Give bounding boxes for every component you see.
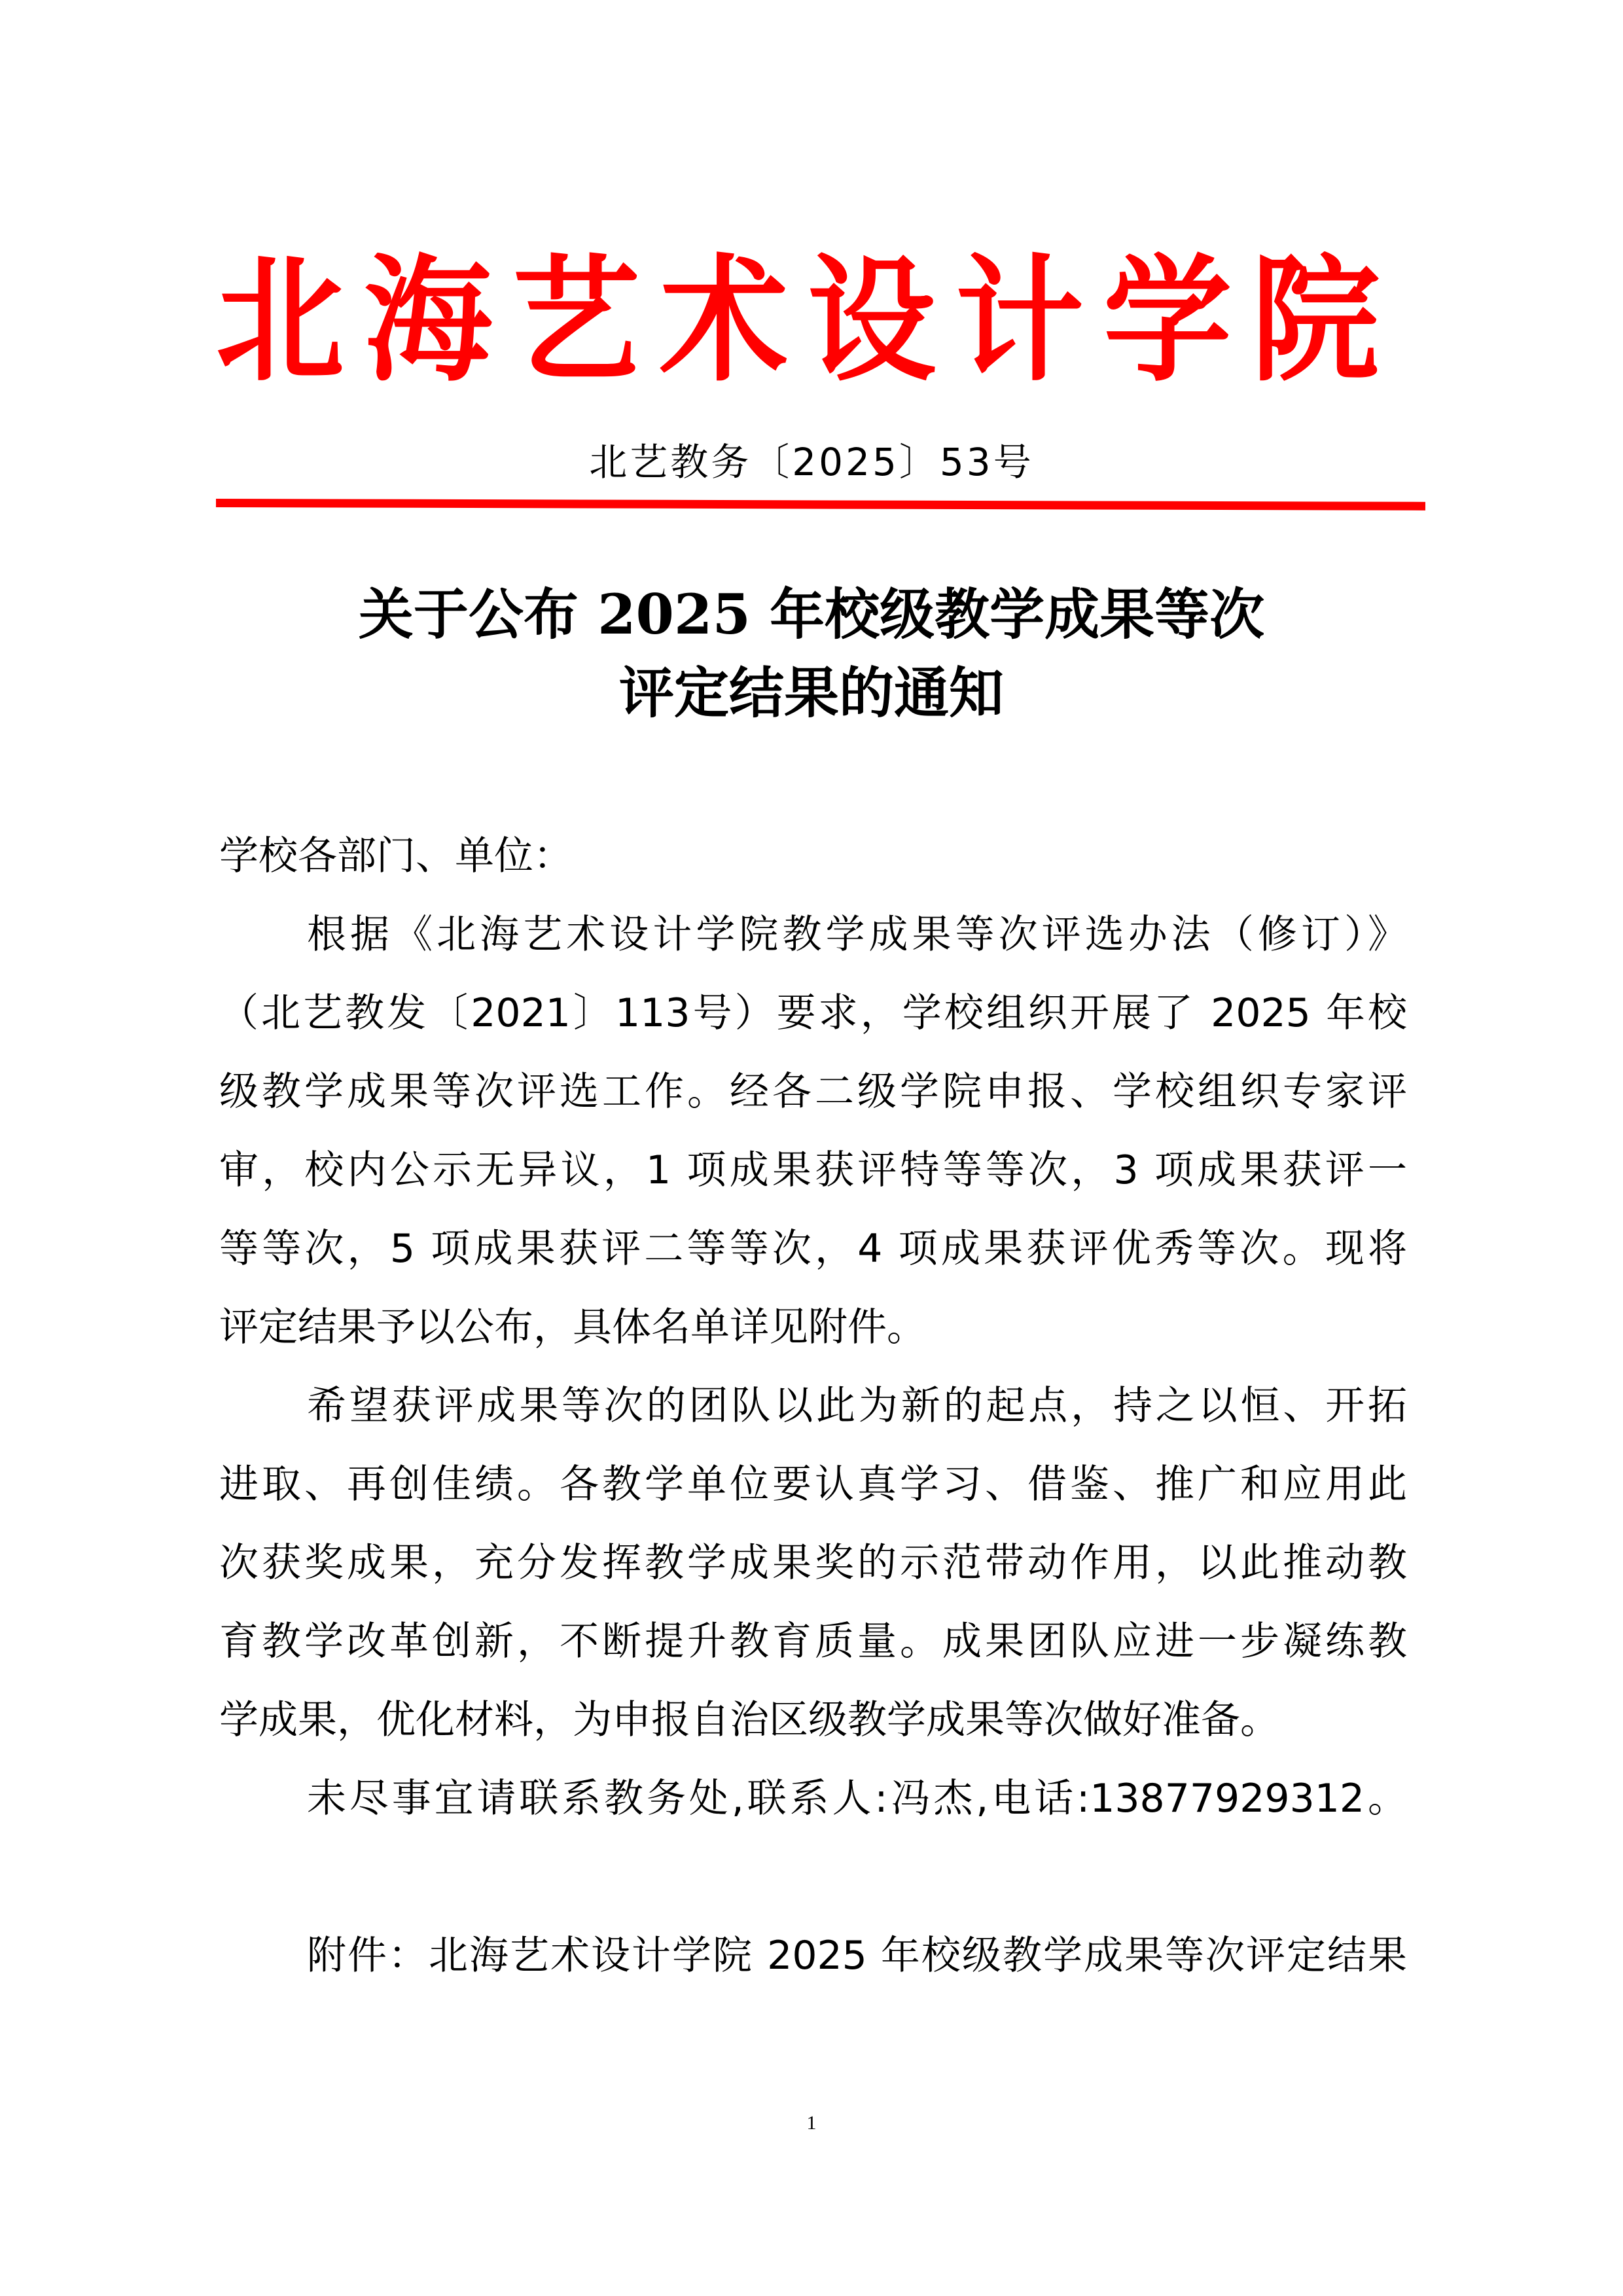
paragraph-1-line-5: 等等次，5 项成果获评二等等次，4 项成果获评优秀等次。现将 — [219, 1210, 1407, 1288]
paragraph-2-line-3: 次获奖成果，充分发挥教学成果奖的示范带动作用，以此推动教 — [219, 1524, 1407, 1602]
notice-title-line-1: 关于公布 2025 年校级教学成果等次 — [0, 576, 1623, 653]
paragraph-1-line-3: 级教学成果等次评选工作。经各二级学院申报、学校组织专家评 — [219, 1052, 1407, 1131]
salutation: 学校各部门、单位： — [219, 817, 1407, 895]
paragraph-1-line-6: 评定结果予以公布，具体名单详见附件。 — [219, 1288, 1407, 1367]
paragraph-2-line-4: 育教学改革创新，不断提升教育质量。成果团队应进一步凝练教 — [219, 1602, 1407, 1681]
document-page: 北海艺术设计学院 北艺教务〔2025〕53号 关于公布 2025 年校级教学成果… — [0, 0, 1623, 2296]
masthead-institution-name: 北海艺术设计学院 — [216, 241, 1387, 401]
paragraph-2-line-2: 进取、再创佳绩。各教学单位要认真学习、借鉴、推广和应用此 — [219, 1445, 1407, 1524]
paragraph-1-line-2: （北艺教发〔2021〕113号）要求，学校组织开展了 2025 年校 — [219, 974, 1407, 1052]
paragraph-1-line-1: 根据《北海艺术设计学院教学成果等次评选办法（修订）》 — [307, 895, 1407, 974]
page-number: 1 — [0, 2111, 1623, 2135]
notice-title-line-2: 评定结果的通知 — [0, 655, 1623, 732]
paragraph-1-line-4: 审，校内公示无异议，1 项成果获评特等等次，3 项成果获评一 — [219, 1131, 1407, 1210]
document-number: 北艺教务〔2025〕53号 — [0, 435, 1623, 490]
red-divider-line — [216, 499, 1425, 511]
attachment-reference: 附件：北海艺术设计学院 2025 年校级教学成果等次评定结果 — [307, 1916, 1407, 1995]
contact-info: 未尽事宜请联系教务处,联系人:冯杰,电话:13877929312。 — [307, 1759, 1407, 1838]
paragraph-2-line-5: 学成果，优化材料，为申报自治区级教学成果等次做好准备。 — [219, 1681, 1407, 1759]
paragraph-2-line-1: 希望获评成果等次的团队以此为新的起点，持之以恒、开拓 — [307, 1367, 1407, 1445]
